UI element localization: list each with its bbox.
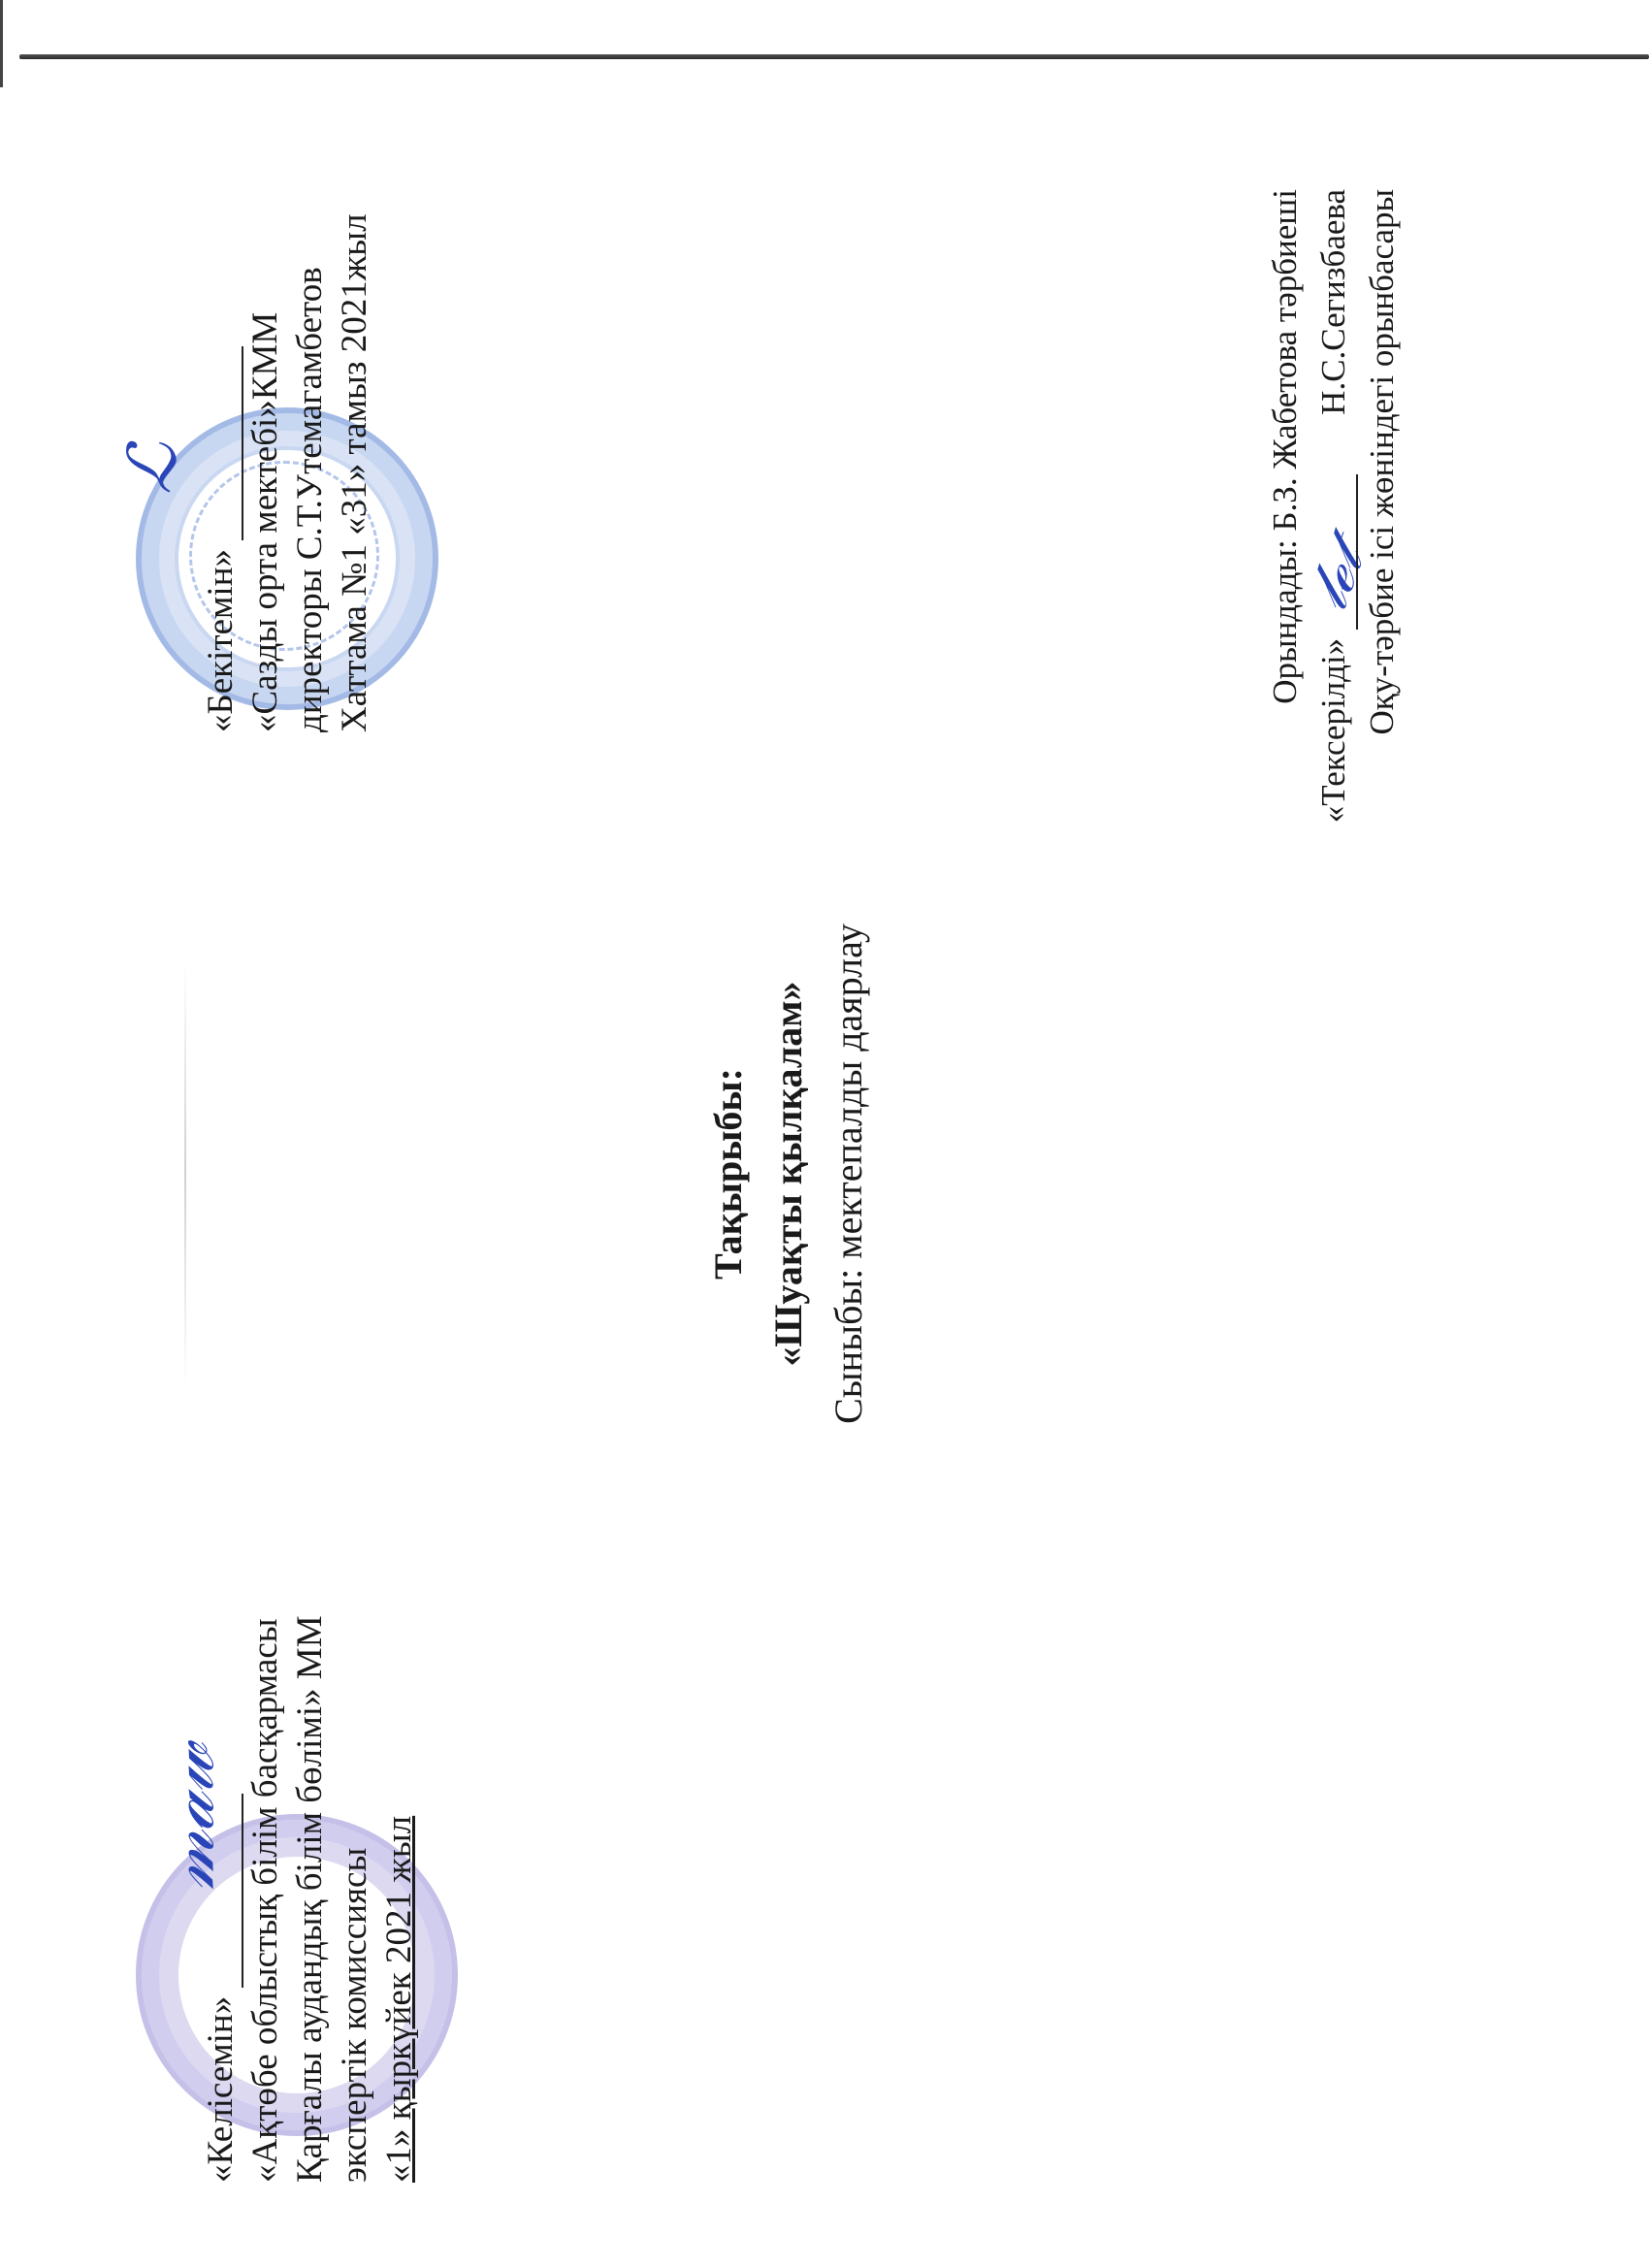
scan-edge-line	[19, 54, 1649, 59]
agree-date: «1» қыркүйек 2021 жыл	[377, 1615, 422, 2183]
checked-line: «Тексерілді» Н.С.Сегизбаева	[1309, 189, 1358, 868]
org-line-3: экспертік комиссиясы	[333, 1615, 377, 2183]
signature-line	[1323, 474, 1358, 630]
scan-edge	[0, 0, 3, 87]
director-name: директоры С.Т.Утемагамбетов	[288, 213, 333, 732]
org-line-2: Қарғалы аудандық білім бөлімі» ММ	[288, 1615, 333, 2183]
approve-label-text: «Бекітемін»	[201, 549, 241, 732]
agree-label-text: «Келісемін»	[201, 1996, 241, 2183]
approve-label: «Бекітемін»	[199, 213, 243, 732]
org-line-1: «Ақтөбе облыстық білім басқармасы	[243, 1615, 288, 2183]
checker-name: Н.С.Сегизбаева	[1314, 189, 1352, 415]
approval-block: «Бекітемін» «Сазды орта мектебі»КММ дире…	[199, 213, 377, 732]
topic-label: Тақырыбы:	[698, 883, 759, 1465]
grade-line: Сыныбы: мектепалды даярлау	[819, 883, 879, 1465]
performer-block: Орындады: Б.З. Жабетова тәрбиеші «Тексер…	[1261, 189, 1406, 868]
title-block: Тақырыбы: «Шуақты қылқалам» Сыныбы: мект…	[698, 883, 879, 1465]
agreement-block: «Келісемін» «Ақтөбе облыстық білім басқа…	[199, 1615, 422, 2183]
checked-label: «Тексерілді»	[1314, 638, 1352, 823]
school-name: «Сазды орта мектебі»КММ	[243, 213, 288, 732]
director-signature: ℒ	[107, 436, 194, 498]
checker-position: Оқу-тәрбие ісі жөніндегі орынбасары	[1358, 189, 1406, 868]
agree-label: «Келісемін»	[199, 1615, 243, 2183]
done-by: Орындады: Б.З. Жабетова тәрбиеші	[1261, 189, 1309, 868]
protocol-date: Хаттама №1 «31» тамыз 2021жыл	[333, 213, 377, 732]
topic-title: «Шуақты қылқалам»	[759, 883, 819, 1465]
signature-line	[209, 1794, 243, 1988]
paper-crease	[184, 960, 186, 1387]
signature-line	[209, 346, 243, 540]
